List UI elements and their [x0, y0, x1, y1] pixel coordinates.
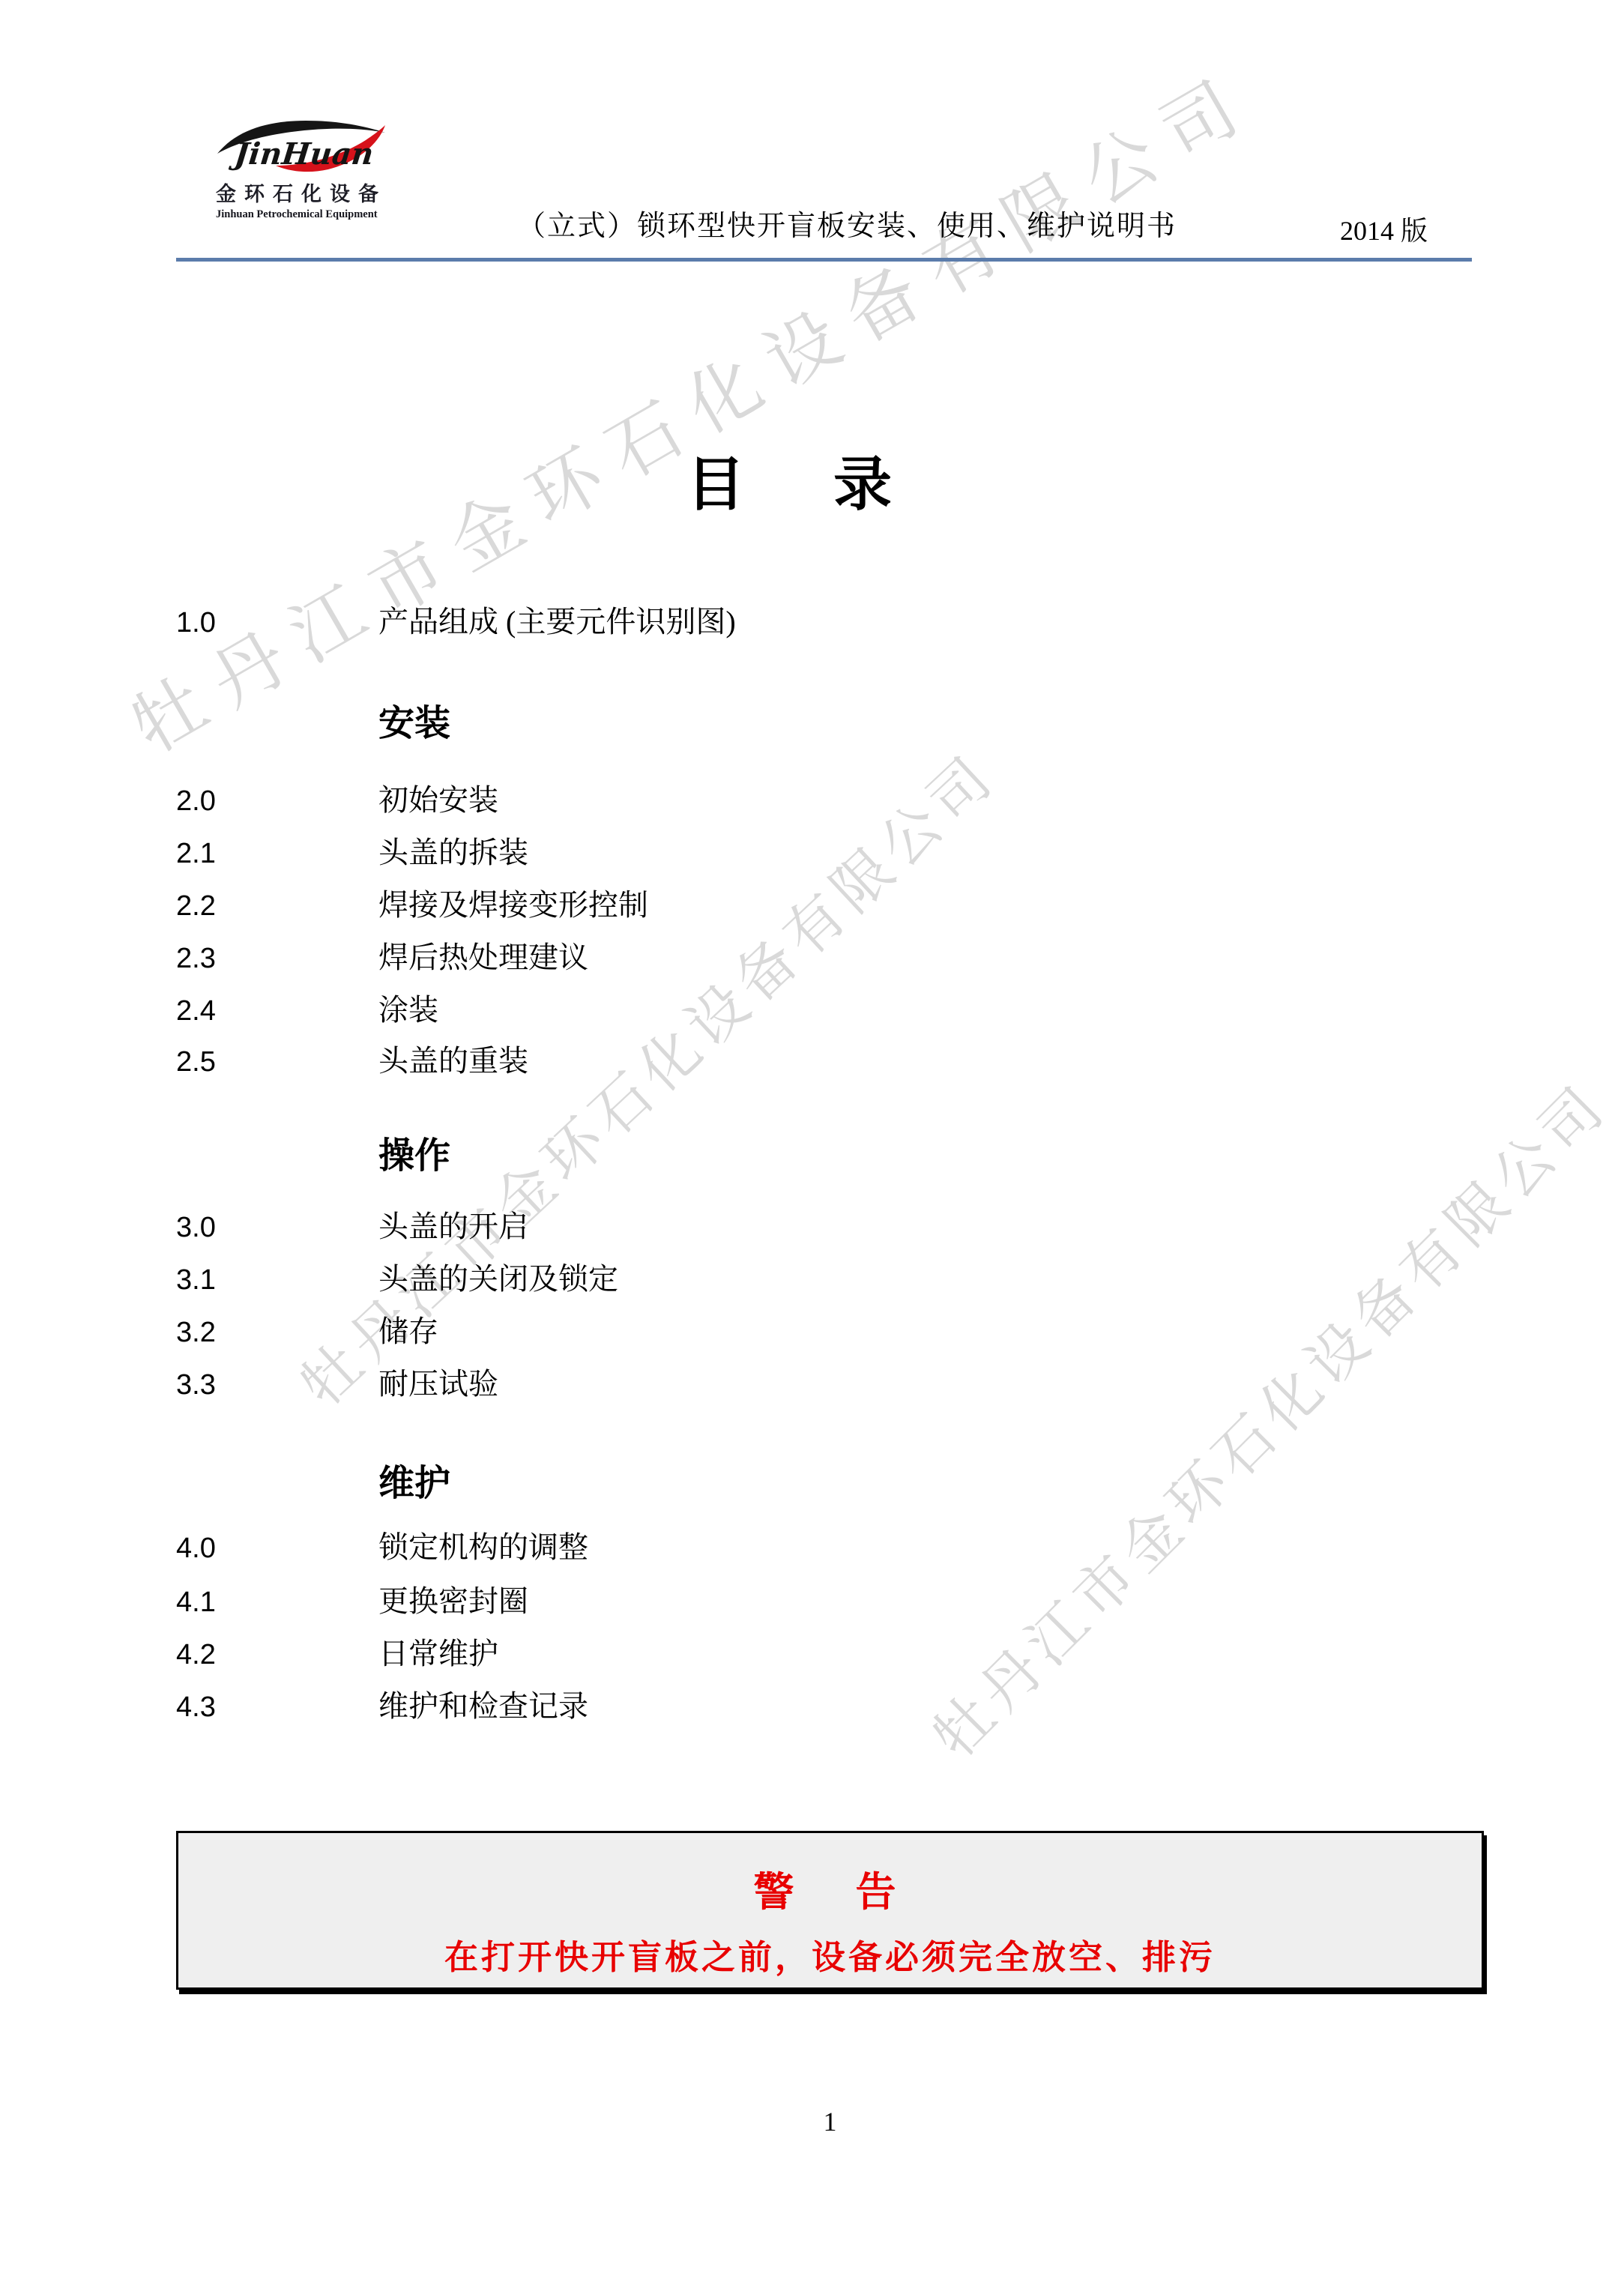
toc-entry: 2.0初始安装	[176, 776, 498, 819]
company-logo: JinHuan 金环石化设备 Jinhuan Petrochemical Equ…	[216, 118, 396, 221]
toc-entry-number: 4.3	[176, 1691, 378, 1724]
toc-entry-number: 3.2	[176, 1317, 378, 1349]
toc-entry: 1.0产品组成 (主要元件识别图)	[176, 598, 736, 641]
logo-english-name: Jinhuan Petrochemical Equipment	[216, 208, 396, 221]
toc-entry: 2.5头盖的重装	[176, 1037, 528, 1080]
toc-entry-label: 更换密封圈	[378, 1584, 528, 1618]
logo-script-text: JinHuan	[228, 136, 375, 172]
toc-section-heading: 安装	[378, 694, 450, 746]
document-page: 牡丹江市金环石化设备有限公司 牡丹江市金环石化设备有限公司 牡丹江市金环石化设备…	[0, 0, 1624, 2279]
warning-body: 在打开快开盲板之前，设备必须完全放空、排污	[178, 1930, 1482, 1978]
toc-entry: 4.2日常维护	[176, 1630, 498, 1673]
toc-entry-label: 焊接及焊接变形控制	[378, 888, 648, 922]
toc-entry: 2.4涂装	[176, 986, 438, 1029]
toc-entry-number: 2.3	[176, 943, 378, 975]
toc-entry-label: 头盖的重装	[378, 1044, 528, 1078]
toc-entry-number: 2.1	[176, 838, 378, 870]
toc-entry: 2.1头盖的拆装	[176, 829, 528, 872]
toc-section-heading: 维护	[378, 1454, 450, 1506]
toc-entry-number: 2.2	[176, 890, 378, 923]
toc-entry: 4.3维护和检查记录	[176, 1682, 588, 1725]
toc-entry: 3.0头盖的开启	[176, 1203, 528, 1246]
toc-entry: 3.1头盖的关闭及锁定	[176, 1255, 618, 1298]
toc-entry-label: 日常维护	[378, 1637, 498, 1670]
toc-entry-label: 维护和检查记录	[378, 1689, 588, 1723]
toc-entry-number: 2.4	[176, 995, 378, 1027]
toc-entry-label: 头盖的关闭及锁定	[378, 1262, 618, 1296]
toc-entry-label: 涂装	[378, 993, 438, 1027]
logo-chinese-name: 金环石化设备	[216, 178, 396, 207]
toc-entry-number: 2.0	[176, 785, 378, 818]
toc-entry-label: 头盖的拆装	[378, 836, 528, 869]
toc-entry-label: 焊后热处理建议	[378, 941, 588, 974]
toc-entry-label: 耐压试验	[378, 1367, 498, 1401]
toc-entry: 2.2焊接及焊接变形控制	[176, 881, 648, 924]
toc-entry-label: 锁定机构的调整	[378, 1530, 588, 1564]
toc-entry-label: 储存	[378, 1314, 438, 1348]
toc-entry: 3.3耐压试验	[176, 1360, 498, 1403]
toc-entry-number: 2.5	[176, 1046, 378, 1078]
edition-label: 2014 版	[1340, 210, 1428, 248]
page-number: 1	[176, 2106, 1484, 2137]
toc-entry-label: 头盖的开启	[378, 1210, 528, 1243]
toc-entry-number: 4.2	[176, 1639, 378, 1671]
document-title: （立式）锁环型快开盲板安装、使用、维护说明书	[517, 202, 1177, 244]
toc-entry: 2.3焊后热处理建议	[176, 934, 588, 977]
watermark-text: 牡丹江市金环石化设备有限公司	[911, 1062, 1623, 1774]
toc-entry-label: 初始安装	[378, 783, 498, 817]
warning-box: 警 告 在打开快开盲板之前，设备必须完全放空、排污	[176, 1831, 1484, 1990]
toc-entry-number: 3.3	[176, 1369, 378, 1401]
toc-entry: 3.2储存	[176, 1308, 438, 1350]
toc-entry-number: 4.0	[176, 1533, 378, 1565]
toc-title: 目 录	[686, 438, 907, 522]
header-rule	[176, 258, 1472, 262]
toc-entry: 4.1更换密封圈	[176, 1578, 528, 1620]
toc-entry-number: 3.0	[176, 1212, 378, 1244]
toc-entry-number: 1.0	[176, 607, 378, 639]
toc-section-heading: 操作	[378, 1126, 450, 1178]
toc-entry-number: 3.1	[176, 1264, 378, 1297]
toc-entry-label: 产品组成 (主要元件识别图)	[378, 605, 736, 639]
warning-title: 警 告	[178, 1860, 1482, 1918]
logo-swoosh-graphic: JinHuan	[216, 118, 387, 177]
toc-entry: 4.0锁定机构的调整	[176, 1524, 588, 1566]
toc-entry-number: 4.1	[176, 1587, 378, 1619]
